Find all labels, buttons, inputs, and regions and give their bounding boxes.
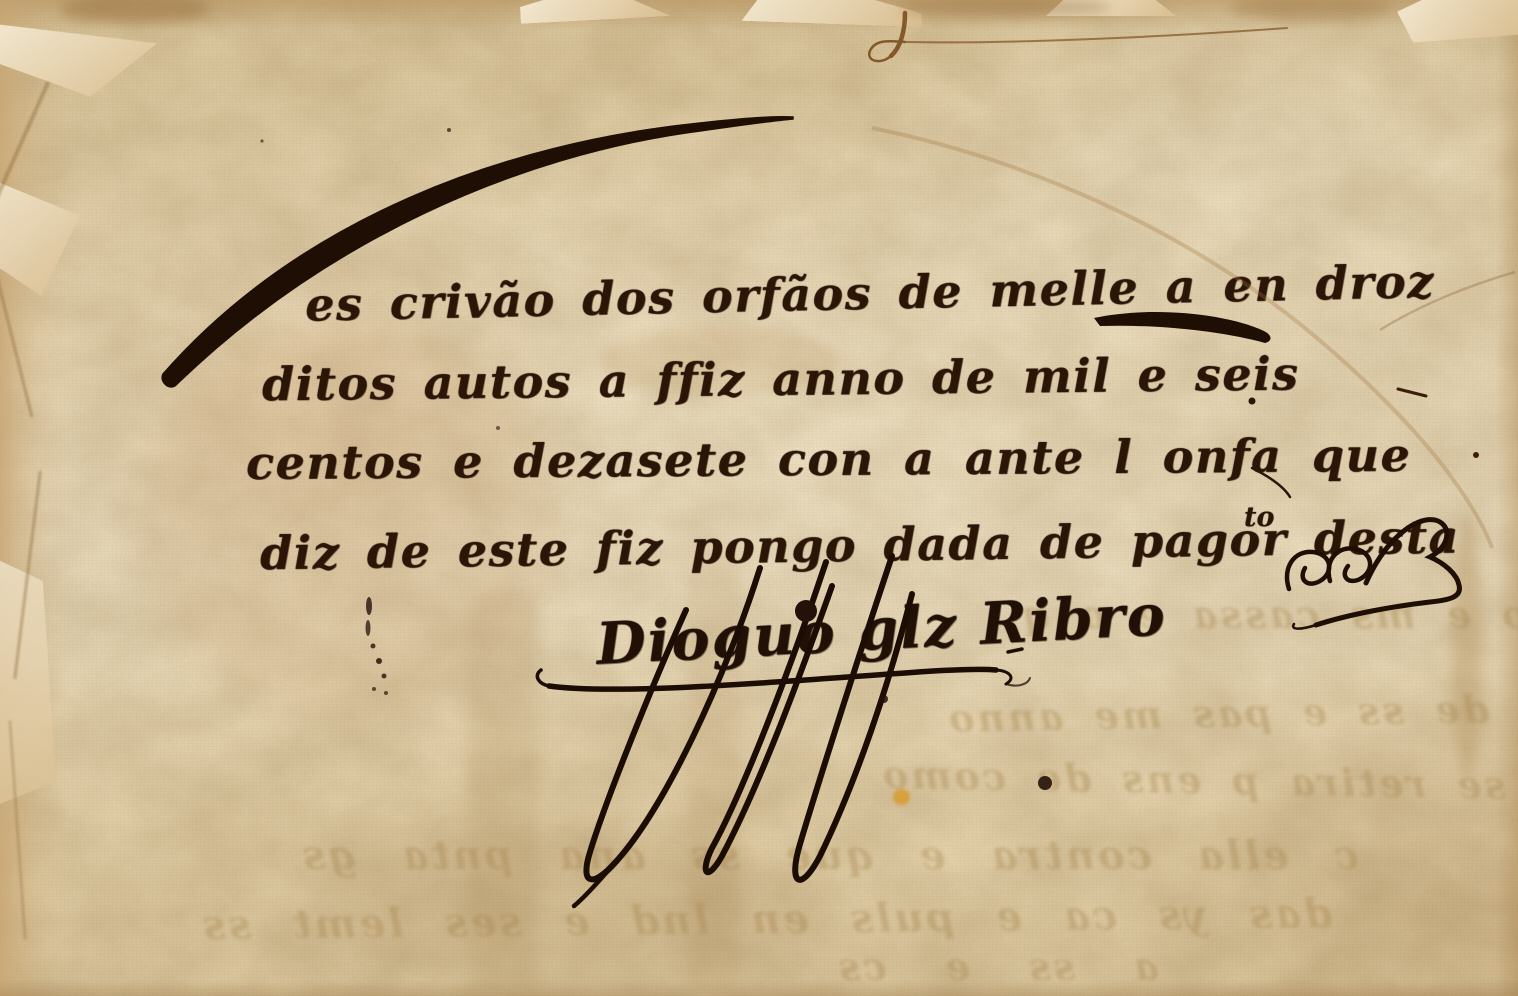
superscript-abbreviation: to — [1244, 502, 1274, 533]
page-edge-right — [1496, 0, 1518, 996]
page-edge-bottom — [0, 980, 1518, 996]
manuscript-line-3: centos e dezasete con a ante l onfa que — [246, 428, 1412, 490]
bleed-through-line: c ella contra e que ss ana pnta gs — [300, 832, 1359, 879]
manuscript-scan: os no e ms cassa e o q en la manda de ss… — [0, 0, 1518, 996]
bleed-through-line: a ss e cs — [836, 944, 1159, 989]
manuscript-line-2: ditos autos a ffiz anno de mil e seis — [262, 347, 1300, 412]
bleed-through-streak — [468, 590, 538, 990]
torn-edge-left — [0, 0, 66, 996]
